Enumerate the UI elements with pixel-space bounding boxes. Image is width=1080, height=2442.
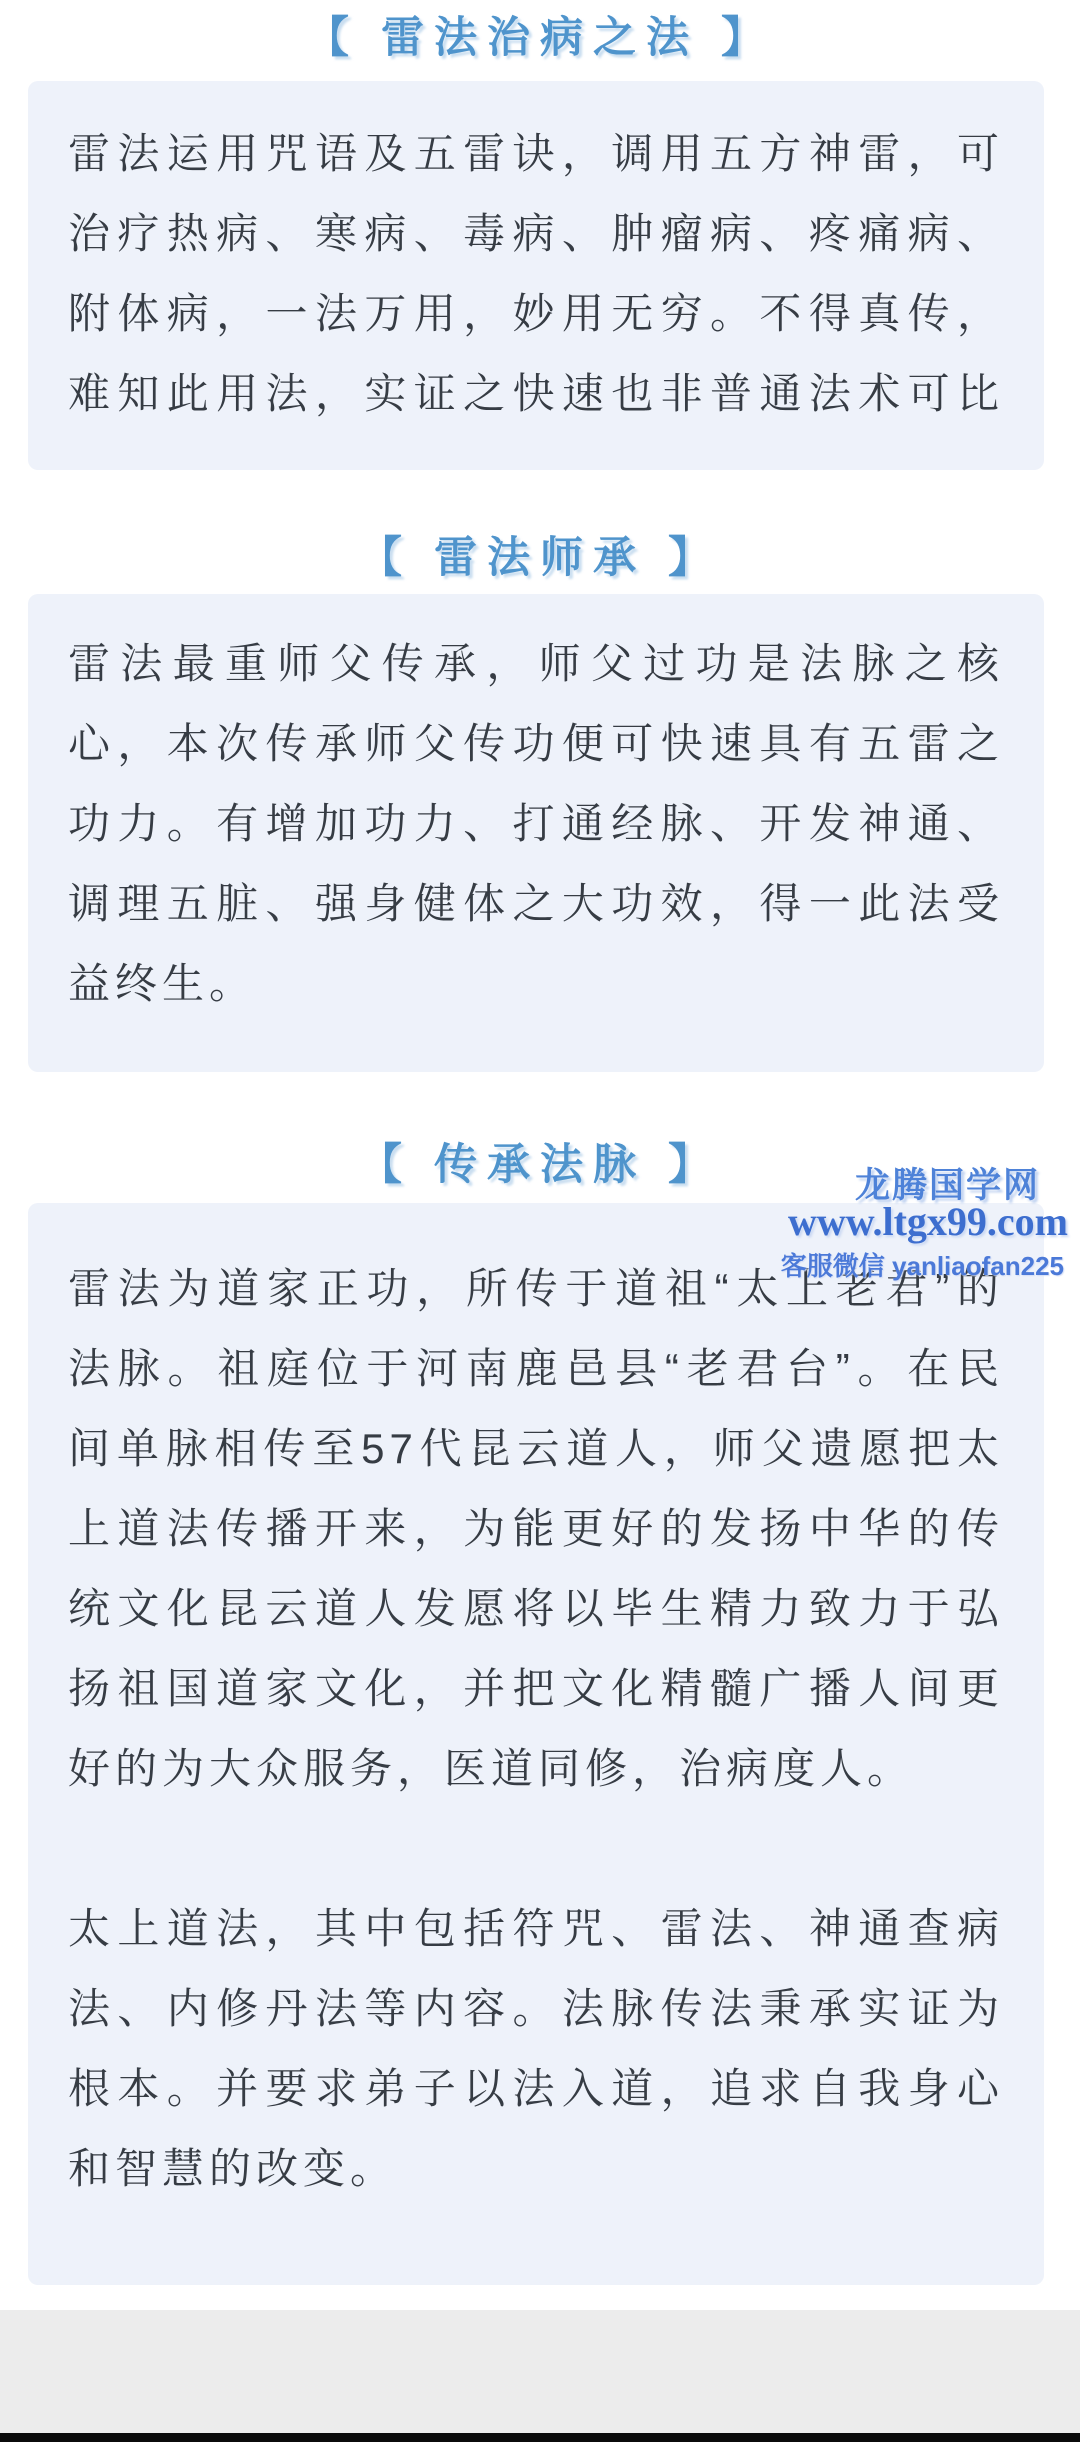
- page: 【 雷法治病之法 】 雷法运用咒语及五雷诀，调用五方神雷，可 治疗热病、寒病、毒…: [0, 0, 1080, 2442]
- text-line: 根本。并要求弟子以法入道，追求自我身心: [68, 2049, 1004, 2129]
- text-line: 间单脉相传至57代昆云道人，师父遗愿把太: [68, 1409, 1004, 1489]
- section-box-cure-method: 雷法运用咒语及五雷诀，调用五方神雷，可 治疗热病、寒病、毒病、肿瘤病、疼痛病、 …: [28, 81, 1044, 470]
- text-line: 益终生。: [68, 944, 1004, 1024]
- text-line: 调理五脏、强身健体之大功效，得一此法受: [68, 864, 1004, 944]
- paragraph: 雷法为道家正功，所传于道祖“太上老君”的 法脉。祖庭位于河南鹿邑县“老君台”。在…: [68, 1249, 1004, 1809]
- text-line: 心，本次传承师父传功便可快速具有五雷之: [68, 704, 1004, 784]
- text-line: 和智慧的改变。: [68, 2129, 1004, 2209]
- text-line: 治疗热病、寒病、毒病、肿瘤病、疼痛病、: [68, 194, 1004, 274]
- section-title-inherit-lineage: 【 传承法脉 】: [0, 1131, 1080, 1192]
- paragraph: 太上道法，其中包括符咒、雷法、神通查病 法、内修丹法等内容。法脉传法秉承实证为 …: [68, 1889, 1004, 2209]
- text-line: 难知此用法，实证之快速也非普通法术可比: [68, 354, 1004, 434]
- section-title-lineage-master: 【 雷法师承 】: [0, 524, 1080, 585]
- section-box-lineage-master: 雷法最重师父传承，师父过功是法脉之核 心，本次传承师父传功便可快速具有五雷之 功…: [28, 594, 1044, 1072]
- text-line: 雷法最重师父传承，师父过功是法脉之核: [68, 624, 1004, 704]
- text-line: 雷法运用咒语及五雷诀，调用五方神雷，可: [68, 114, 1004, 194]
- footer-black-bar: [0, 2433, 1080, 2442]
- text-line: 法、内修丹法等内容。法脉传法秉承实证为: [68, 1969, 1004, 2049]
- text-line: 功力。有增加功力、打通经脉、开发神通、: [68, 784, 1004, 864]
- text-line: 太上道法，其中包括符咒、雷法、神通查病: [68, 1889, 1004, 1969]
- text-line: 统文化昆云道人发愿将以毕生精力致力于弘: [68, 1569, 1004, 1649]
- text-line: 扬祖国道家文化，并把文化精髓广播人间更: [68, 1649, 1004, 1729]
- footer-area: [0, 2310, 1080, 2433]
- section-box-inherit-lineage: 雷法为道家正功，所传于道祖“太上老君”的 法脉。祖庭位于河南鹿邑县“老君台”。在…: [28, 1203, 1044, 2285]
- text-line: 好的为大众服务，医道同修，治病度人。: [68, 1729, 1004, 1809]
- text-line: 上道法传播开来，为能更好的发扬中华的传: [68, 1489, 1004, 1569]
- text-line: 法脉。祖庭位于河南鹿邑县“老君台”。在民: [68, 1329, 1004, 1409]
- text-line: 附体病，一法万用，妙用无穷。不得真传，: [68, 274, 1004, 354]
- section-title-cure-method: 【 雷法治病之法 】: [0, 4, 1080, 65]
- text-line: 雷法为道家正功，所传于道祖“太上老君”的: [68, 1249, 1004, 1329]
